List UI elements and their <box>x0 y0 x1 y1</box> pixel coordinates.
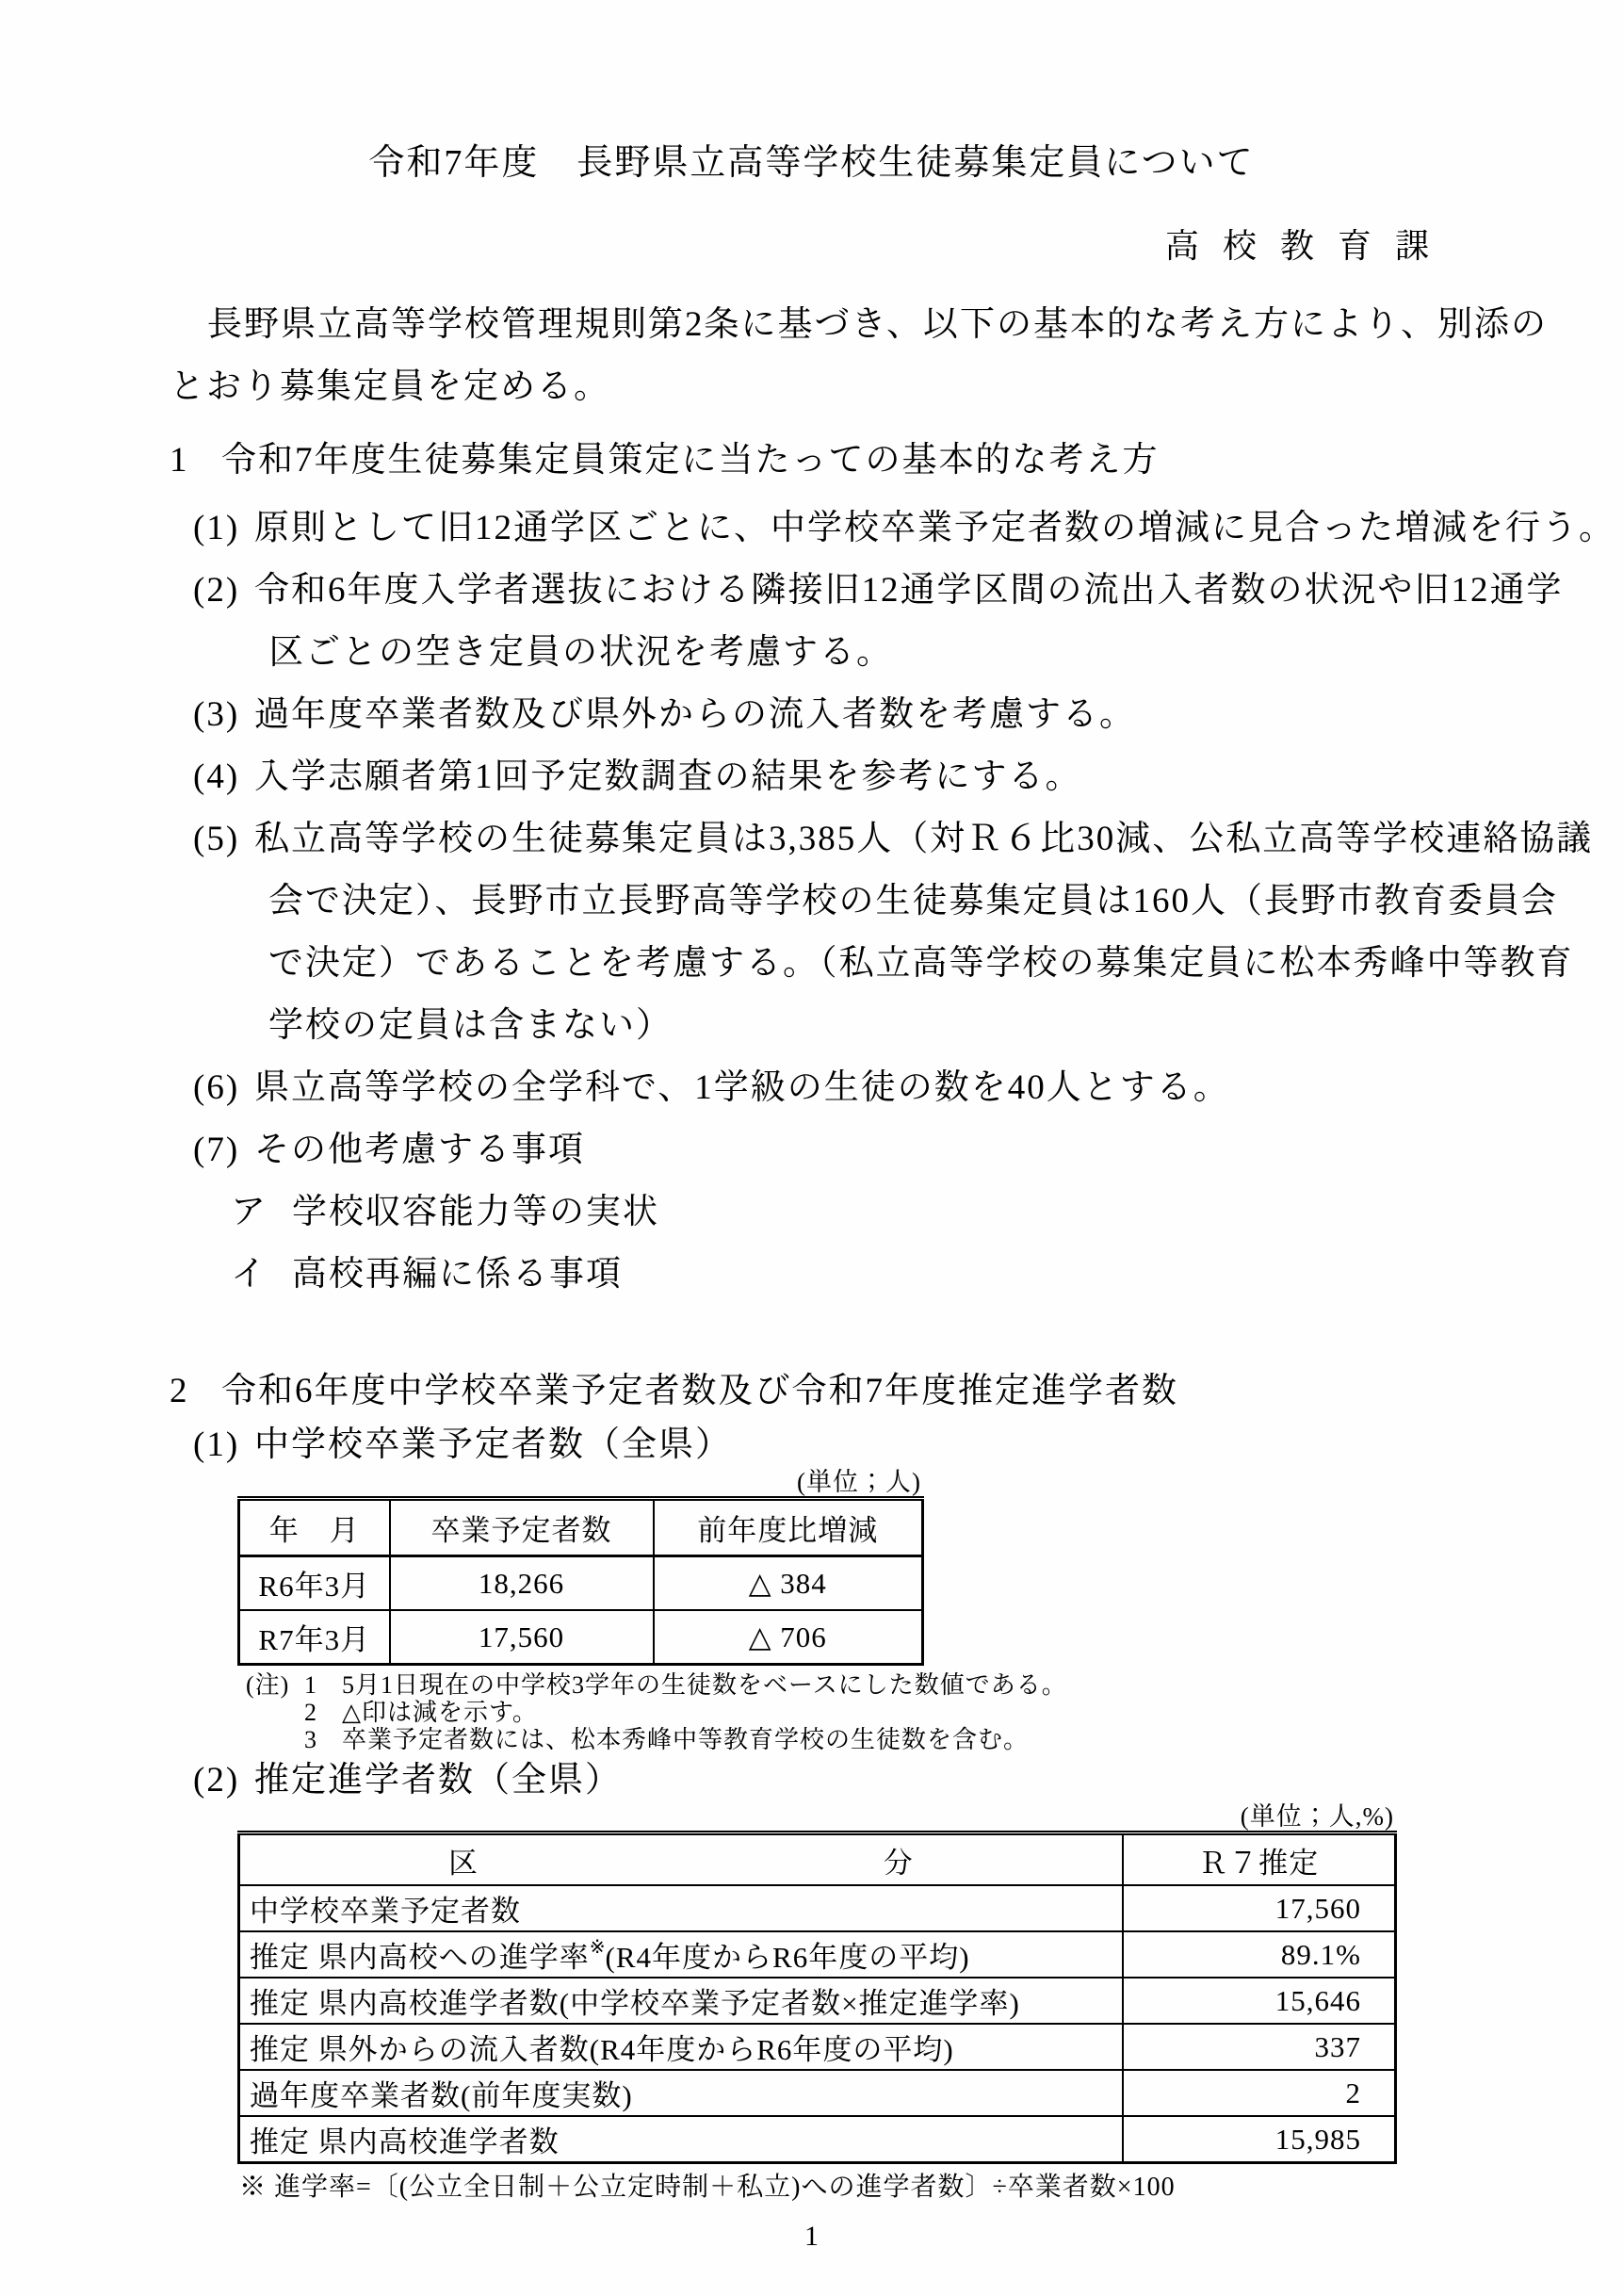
section1-number: 1 <box>170 430 221 492</box>
row-value: 2 <box>1123 2070 1396 2116</box>
estimated-students-table: 区 分 Ｒ７推定 中学校卒業予定者数 17,560 推定 県内高校への進学率※(… <box>237 1831 1397 2164</box>
list-item: (6) 県立高等学校の全学科で、1学級の生徒の数を40人とする。 <box>193 1057 1510 1119</box>
year-month-cell: R7年3月 <box>239 1610 390 1665</box>
table-row: R7年3月 17,560 △ 706 <box>239 1610 923 1665</box>
item-marker: (4) <box>193 746 254 808</box>
row-value: 17,560 <box>1123 1885 1396 1931</box>
section2-title: 令和6年度中学校卒業予定者数及び令和7年度推定進学者数 <box>221 1372 1178 1410</box>
item-marker: (1) <box>193 497 254 560</box>
sub-list-item: ア 学校収容能力等の実状 <box>231 1181 1510 1244</box>
subsection-marker: (2) <box>193 1759 254 1802</box>
item-text: 県立高等学校の全学科で、1学級の生徒の数を40人とする。 <box>254 1057 1230 1119</box>
note-text: △印は減を示す。 <box>342 1699 538 1726</box>
item-text: 入学志願者第1回予定数調査の結果を参考にする。 <box>254 746 1082 808</box>
list-item: (3) 過年度卒業者数及び県外からの流入者数を考慮する。 <box>193 684 1510 746</box>
subsection-title: 中学校卒業予定者数（全県） <box>254 1423 732 1468</box>
row-label: 過年度卒業者数(前年度実数) <box>239 2070 1123 2116</box>
item-text: 学校収容能力等の実状 <box>292 1181 659 1244</box>
row-value: 15,985 <box>1123 2116 1396 2163</box>
intro-line: 長野県立高等学校管理規則第2条に基づき、以下の基本的な考え方により、別添の <box>170 294 1510 356</box>
item-text: 過年度卒業者数及び県外からの流入者数を考慮する。 <box>254 684 1136 746</box>
item-marker: (7) <box>193 1119 254 1181</box>
column-header-category: 区 分 <box>239 1833 1123 1886</box>
section2-heading: 2令和6年度中学校卒業予定者数及び令和7年度推定進学者数 <box>170 1360 1510 1423</box>
yoy-change-cell: △ 384 <box>654 1556 923 1611</box>
section1-title: 令和7年度生徒募集定員策定に当たっての基本的な考え方 <box>221 441 1160 480</box>
section2-number: 2 <box>170 1360 221 1423</box>
item-marker: イ <box>231 1244 292 1306</box>
item-text-continuation: 会で決定）、長野市立長野高等学校の生徒募集定員は160人（長野市教育委員会 <box>268 871 1510 933</box>
list-item: (5) 私立高等学校の生徒募集定員は3,385人（対Ｒ６比30減、公私立高等学校… <box>193 808 1510 871</box>
column-header: 前年度比増減 <box>654 1499 923 1556</box>
section1-items: (1) 原則として旧12通学区ごとに、中学校卒業予定者数の増減に見合った増減を行… <box>170 497 1510 1306</box>
item-text: 私立高等学校の生徒募集定員は3,385人（対Ｒ６比30減、公私立高等学校連絡協議 <box>254 808 1593 871</box>
item-text: その他考慮する事項 <box>254 1119 585 1181</box>
note-label: (注) <box>246 1671 304 1699</box>
intro-line: とおり募集定員を定める。 <box>170 356 1510 418</box>
item-text-continuation: 区ごとの空き定員の状況を考慮する。 <box>268 622 1510 684</box>
item-marker: (5) <box>193 808 254 871</box>
document-title: 令和7年度 長野県立高等学校生徒募集定員について <box>113 141 1510 185</box>
item-text: 令和6年度入学者選抜における隣接旧12通学区間の流出入者数の状況や旧12通学 <box>254 560 1564 622</box>
graduates-table: 年 月 卒業予定者数 前年度比増減 R6年3月 18,266 △ 384 R7年… <box>237 1496 924 1666</box>
table-header-row: 区 分 Ｒ７推定 <box>239 1833 1396 1886</box>
item-marker: ア <box>231 1181 292 1244</box>
department-name: 高 校 教 育 課 <box>170 224 1510 268</box>
subsection-marker: (1) <box>193 1423 254 1468</box>
note-line: 3 卒業予定者数には、松本秀峰中等教育学校の生徒数を含む。 <box>246 1726 1510 1753</box>
note-number: 3 <box>304 1726 342 1753</box>
row-label: 中学校卒業予定者数 <box>239 1885 1123 1931</box>
graduates-count-cell: 18,266 <box>390 1556 654 1611</box>
note-number: 1 <box>304 1671 342 1699</box>
list-item: (4) 入学志願者第1回予定数調査の結果を参考にする。 <box>193 746 1510 808</box>
table-row: 中学校卒業予定者数 17,560 <box>239 1885 1396 1931</box>
table-row: 推定 県内高校への進学率※(R4年度からR6年度の平均) 89.1% <box>239 1931 1396 1978</box>
item-text: 原則として旧12通学区ごとに、中学校卒業予定者数の増減に見合った増減を行う。 <box>254 497 1615 560</box>
table-row: 推定 県内高校進学者数(中学校卒業予定者数×推定進学率) 15,646 <box>239 1978 1396 2024</box>
subsection2-heading: (2) 推定進学者数（全県） <box>193 1759 1510 1802</box>
table-row: 過年度卒業者数(前年度実数) 2 <box>239 2070 1396 2116</box>
sub-list-item: イ 高校再編に係る事項 <box>231 1244 1510 1306</box>
row-label: 推定 県内高校進学者数 <box>239 2116 1123 2163</box>
note-label <box>246 1699 304 1726</box>
item-marker: (2) <box>193 560 254 622</box>
reference-mark: ※ <box>590 1937 606 1958</box>
item-text-continuation: で決定）であることを考慮する。（私立高等学校の募集定員に松本秀峰中等教育 <box>268 933 1510 995</box>
column-header-estimate: Ｒ７推定 <box>1123 1833 1396 1886</box>
unit-label-persons: (単位；人) <box>170 1468 921 1496</box>
document-page: 令和7年度 長野県立高等学校生徒募集定員について 高 校 教 育 課 長野県立高… <box>0 0 1623 2296</box>
row-label: 推定 県内高校進学者数(中学校卒業予定者数×推定進学率) <box>239 1978 1123 2024</box>
column-header: 卒業予定者数 <box>390 1499 654 1556</box>
intro-paragraph: 長野県立高等学校管理規則第2条に基づき、以下の基本的な考え方により、別添の とお… <box>170 294 1510 418</box>
table-row: 推定 県内高校進学者数 15,985 <box>239 2116 1396 2163</box>
row-label: 推定 県内高校への進学率※(R4年度からR6年度の平均) <box>239 1931 1123 1978</box>
table-header-row: 年 月 卒業予定者数 前年度比増減 <box>239 1499 923 1556</box>
list-item: (7) その他考慮する事項 <box>193 1119 1510 1181</box>
yoy-change-cell: △ 706 <box>654 1610 923 1665</box>
item-marker: (6) <box>193 1057 254 1119</box>
note-label <box>246 1726 304 1753</box>
note-number: 2 <box>304 1699 342 1726</box>
year-month-cell: R6年3月 <box>239 1556 390 1611</box>
section1-heading: 1令和7年度生徒募集定員策定に当たっての基本的な考え方 <box>170 430 1510 492</box>
row-value: 89.1% <box>1123 1931 1396 1978</box>
list-item: (1) 原則として旧12通学区ごとに、中学校卒業予定者数の増減に見合った増減を行… <box>193 497 1510 560</box>
unit-label-persons-percent: (単位；人,%) <box>170 1802 1394 1831</box>
table-row: 推定 県外からの流入者数(R4年度からR6年度の平均) 337 <box>239 2024 1396 2070</box>
item-marker: (3) <box>193 684 254 746</box>
page-number: 1 <box>113 2221 1510 2253</box>
table-row: R6年3月 18,266 △ 384 <box>239 1556 923 1611</box>
rate-formula-footnote: ※ 進学率=〔(公立全日制＋公立定時制＋私立)への進学者数〕÷卒業者数×100 <box>239 2172 1510 2204</box>
note-text: 卒業予定者数には、松本秀峰中等教育学校の生徒数を含む。 <box>342 1726 1029 1753</box>
item-text-continuation: 学校の定員は含まない） <box>268 995 1510 1057</box>
subsection1-heading: (1) 中学校卒業予定者数（全県） <box>193 1423 1510 1468</box>
item-text: 高校再編に係る事項 <box>292 1244 623 1306</box>
row-label: 推定 県外からの流入者数(R4年度からR6年度の平均) <box>239 2024 1123 2070</box>
row-value: 337 <box>1123 2024 1396 2070</box>
note-text: 5月1日現在の中学校3学年の生徒数をベースにした数値である。 <box>342 1671 1067 1699</box>
note-line: (注) 1 5月1日現在の中学校3学年の生徒数をベースにした数値である。 <box>246 1671 1510 1699</box>
row-value: 15,646 <box>1123 1978 1396 2024</box>
list-item: (2) 令和6年度入学者選抜における隣接旧12通学区間の流出入者数の状況や旧12… <box>193 560 1510 622</box>
subsection-title: 推定進学者数（全県） <box>254 1759 622 1802</box>
note-line: 2 △印は減を示す。 <box>246 1699 1510 1726</box>
table-notes: (注) 1 5月1日現在の中学校3学年の生徒数をベースにした数値である。 2 △… <box>246 1671 1510 1753</box>
graduates-count-cell: 17,560 <box>390 1610 654 1665</box>
column-header: 年 月 <box>239 1499 390 1556</box>
